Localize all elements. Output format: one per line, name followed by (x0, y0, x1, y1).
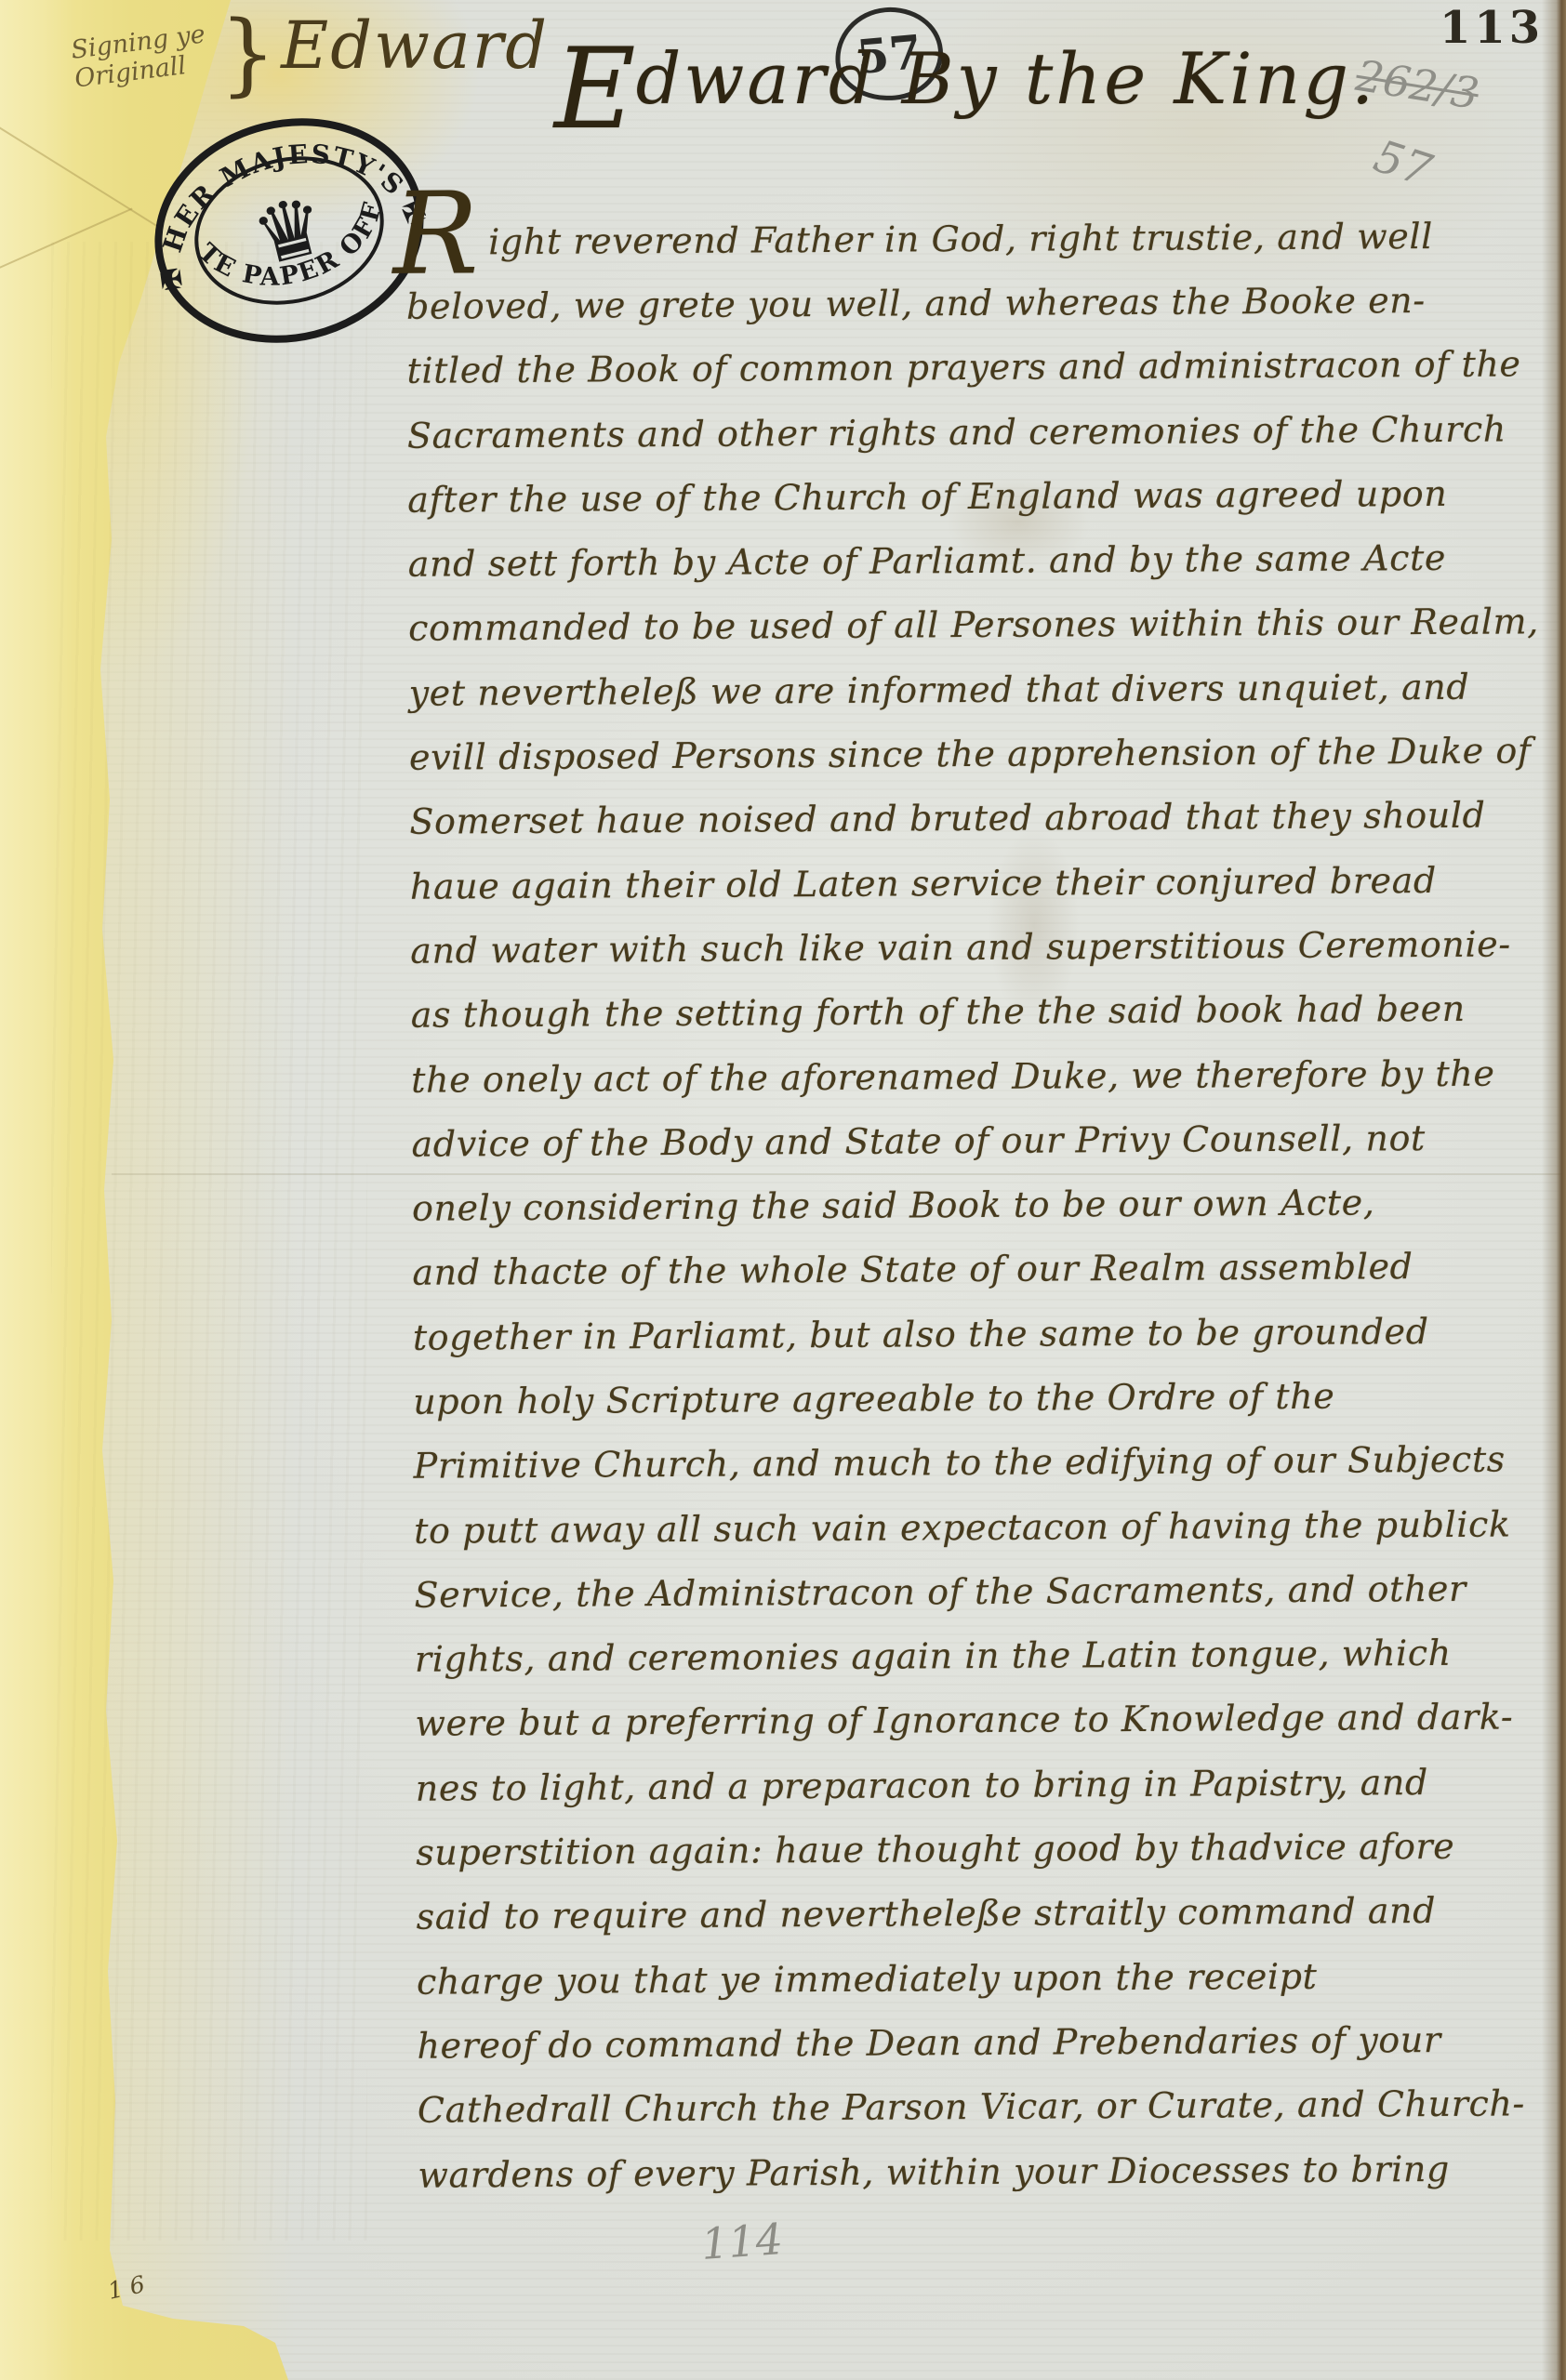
manuscript-line: Cathedrall Church the Parson Vicar, or C… (418, 2071, 1548, 2143)
manuscript-line: after the use of the Church of England w… (407, 460, 1538, 532)
manuscript-line-text: wardens of every Parish, within your Dio… (418, 2148, 1450, 2195)
manuscript-line: superstition again: haue thought good by… (416, 1814, 1546, 1885)
manuscript-line: and thacte of the whole State of our Rea… (412, 1234, 1543, 1305)
manuscript-line-text: and thacte of the whole State of our Rea… (412, 1247, 1413, 1294)
show-through-writing (51, 242, 367, 2241)
manuscript-line-text: to putt away all such vain expectacon of… (414, 1503, 1511, 1551)
manuscript-line: nes to light, and a preparacon to bring … (416, 1749, 1546, 1820)
manuscript-line: wardens of every Parish, within your Dio… (418, 2135, 1548, 2207)
manuscript-line: R ight reverend Father in God, right tru… (405, 203, 1536, 274)
manuscript-line: together in Parliamt, but also the same … (413, 1298, 1544, 1369)
drop-cap-initial: R (392, 205, 479, 262)
manuscript-line: were but a preferring of Ignorance to Kn… (415, 1685, 1546, 1756)
manuscript-line: the onely act of the aforenamed Duke, we… (411, 1040, 1542, 1112)
manuscript-line-text: evill disposed Persons since the apprehe… (409, 730, 1532, 777)
manuscript-line: Service, the Administracon of the Sacram… (414, 1556, 1545, 1628)
manuscript-line-text: upon holy Scripture agreeable to the Ord… (413, 1376, 1334, 1422)
manuscript-line-text: Somerset haue noised and bruted abroad t… (409, 795, 1485, 842)
manuscript-scan: Signing ye Originall } Edward 57 113 262… (0, 0, 1566, 2380)
manuscript-line: charge you that ye immediately upon the … (417, 1942, 1547, 2014)
manuscript-line: advice of the Body and State of our Priv… (411, 1104, 1542, 1176)
manuscript-line-text: superstition again: haue thought good by… (416, 1826, 1454, 1873)
manuscript-line-text: Sacraments and other rights and ceremoni… (407, 408, 1506, 456)
signature-brace: } (219, 2, 276, 106)
manuscript-line: Primitive Church, and much to the edifyi… (413, 1427, 1544, 1499)
manuscript-line-text: advice of the Body and State of our Priv… (411, 1117, 1426, 1165)
manuscript-line-text: after the use of the Church of England w… (407, 473, 1447, 521)
manuscript-line: hereof do command the Dean and Prebendar… (417, 2007, 1547, 2079)
manuscript-line: and water with such like vain and supers… (410, 912, 1541, 984)
manuscript-line-text: titled the Book of common prayers and ad… (406, 344, 1520, 391)
manuscript-line: onely considering the said Book to be ou… (412, 1170, 1543, 1241)
manuscript-line: yet nevertheleß we are informed that div… (408, 654, 1539, 725)
pencil-folio-bottom: 114 (699, 2214, 784, 2269)
manuscript-line: as though the setting forth of the the s… (411, 976, 1542, 1048)
manuscript-line-text: rights, and ceremonies again in the Lati… (415, 1633, 1452, 1680)
manuscript-line: rights, and ceremonies again in the Lati… (415, 1620, 1546, 1692)
manuscript-line: said to require and nevertheleße straitl… (416, 1878, 1546, 1950)
manuscript-line-text: Service, the Administracon of the Sacram… (414, 1568, 1466, 1616)
manuscript-line: commanded to be used of all Persones wit… (408, 589, 1539, 661)
letter-body: R ight reverend Father in God, right tru… (405, 203, 1548, 2207)
manuscript-line-text: and water with such like vain and supers… (410, 923, 1511, 971)
folio-number: 113 (1440, 2, 1544, 54)
manuscript-line: to putt away all such vain expectacon of… (414, 1491, 1545, 1563)
manuscript-line: evill disposed Persons since the apprehe… (409, 719, 1540, 790)
royal-signature-name: Edward (281, 7, 549, 84)
manuscript-line-text: onely considering the said Book to be ou… (412, 1182, 1375, 1228)
letter-heading: Edward By the King. (554, 37, 1376, 132)
manuscript-line: and sett forth by Acte of Parliamt. and … (408, 525, 1539, 597)
manuscript-line-text: as though the setting forth of the the s… (411, 988, 1466, 1036)
manuscript-line: Somerset haue noised and bruted abroad t… (409, 783, 1540, 854)
manuscript-line: upon holy Scripture agreeable to the Ord… (413, 1363, 1544, 1435)
heading-initial: E (554, 25, 636, 154)
manuscript-line-text: haue again their old Laten service their… (410, 860, 1437, 907)
manuscript-line-text: together in Parliamt, but also the same … (413, 1311, 1429, 1358)
manuscript-line-text: charge you that ye immediately upon the … (417, 1955, 1318, 2002)
manuscript-line-text: yet nevertheleß we are informed that div… (408, 666, 1469, 713)
manuscript-line-text: said to require and nevertheleße straitl… (417, 1890, 1437, 1937)
manuscript-line: Sacraments and other rights and ceremoni… (407, 396, 1538, 468)
archivist-scribble: Signing ye Originall (70, 20, 210, 93)
manuscript-line: titled the Book of common prayers and ad… (406, 332, 1537, 403)
manuscript-line: haue again their old Laten service their… (410, 847, 1541, 919)
manuscript-line-text: nes to light, and a preparacon to bring … (416, 1762, 1428, 1809)
heading-text: dward By the King. (636, 37, 1377, 120)
manuscript-line-text: the onely act of the aforenamed Duke, we… (411, 1052, 1495, 1100)
manuscript-line-text: commanded to be used of all Persones wit… (408, 602, 1539, 649)
manuscript-line-text: hereof do command the Dean and Prebendar… (417, 2019, 1440, 2067)
manuscript-line-text: Cathedrall Church the Parson Vicar, or C… (418, 2083, 1525, 2131)
manuscript-line: beloved, we grete you well, and whereas … (406, 268, 1537, 339)
manuscript-line-text: Primitive Church, and much to the edifyi… (414, 1439, 1506, 1487)
manuscript-line-text: beloved, we grete you well, and whereas … (406, 280, 1426, 327)
manuscript-line-text: ight reverend Father in God, right trust… (488, 216, 1433, 262)
manuscript-line-text: were but a preferring of Ignorance to Kn… (415, 1697, 1513, 1744)
manuscript-line-text: and sett forth by Acte of Parliamt. and … (408, 537, 1446, 585)
